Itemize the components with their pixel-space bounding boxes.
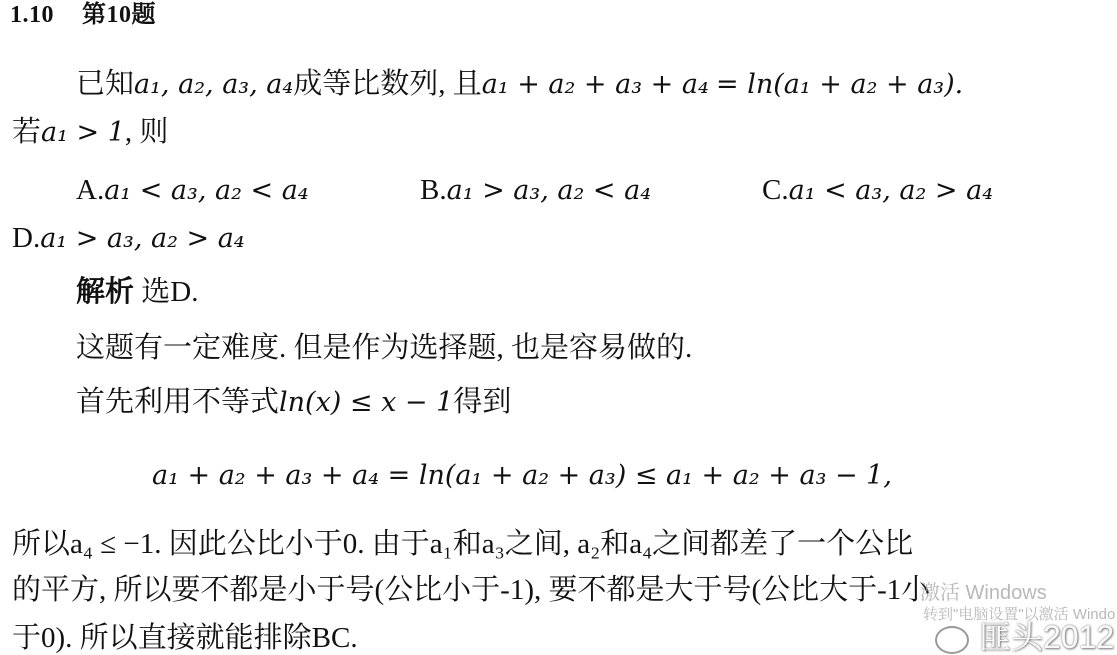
weibo-watermark: 匪头2012 xyxy=(935,612,1114,655)
solution-para3-line2: 的平方, 所以要不都是小于号(公比小于-1), 要不都是大于号(公比大于-1小 xyxy=(12,576,930,605)
text: 成等比数列, 且 xyxy=(293,68,482,100)
solution-answer: 选D. xyxy=(141,276,198,308)
section-heading: 1.10第10题 xyxy=(10,0,156,29)
text: 若 xyxy=(12,116,41,148)
math-lhs: a₁ + a₂ + a₃ + a₄ xyxy=(482,69,709,100)
math-sequence: a₁, a₂, a₃, a₄ xyxy=(134,69,293,100)
text: 首先利用不等式 xyxy=(76,386,279,418)
option-label: B. xyxy=(420,174,447,206)
option-text: a₁ > a₃, a₂ < a₄ xyxy=(447,175,651,206)
math-inequality: ln(x) ≤ x − 1 xyxy=(279,387,453,418)
text: 得到 xyxy=(453,386,511,418)
solution-para3-line3: 于0). 所以直接就能排除BC. xyxy=(12,624,358,653)
solution-heading: 解析 xyxy=(76,276,134,308)
weibo-logo-icon xyxy=(935,626,969,654)
option-text: a₁ < a₃, a₂ < a₄ xyxy=(104,175,308,206)
weibo-handle: 匪头2012 xyxy=(979,619,1114,655)
option-c: C.a₁ < a₃, a₂ > a₄ xyxy=(762,176,993,205)
option-label: C. xyxy=(762,174,789,206)
math-rhs: = ln(a₁ + a₂ + a₃). xyxy=(716,69,963,100)
option-text: a₁ < a₃, a₂ > a₄ xyxy=(789,175,993,206)
option-label: A. xyxy=(76,174,104,206)
text: , 则 xyxy=(125,116,169,148)
problem-statement-line1: 已知a₁, a₂, a₃, a₄成等比数列, 且a₁ + a₂ + a₃ + a… xyxy=(76,70,963,99)
solution-heading-line: 解析 选D. xyxy=(76,278,198,307)
section-title: 第10题 xyxy=(82,2,156,28)
windows-activation-watermark: 激活 Windows xyxy=(920,576,1047,605)
math-condition: a₁ > 1 xyxy=(41,117,125,148)
problem-statement-line2: 若a₁ > 1, 则 xyxy=(12,118,168,147)
text: 已知 xyxy=(76,68,134,100)
option-label: D. xyxy=(12,222,40,254)
option-d: D.a₁ > a₃, a₂ > a₄ xyxy=(12,224,245,253)
solution-para1: 这题有一定难度. 但是作为选择题, 也是容易做的. xyxy=(76,334,692,363)
option-a: A.a₁ < a₃, a₂ < a₄ xyxy=(76,176,309,205)
solution-para2: 首先利用不等式ln(x) ≤ x − 1得到 xyxy=(76,388,511,417)
section-number: 1.10 xyxy=(10,2,54,28)
option-b: B.a₁ > a₃, a₂ < a₄ xyxy=(420,176,651,205)
display-equation: a₁ + a₂ + a₃ + a₄ = ln(a₁ + a₂ + a₃) ≤ a… xyxy=(152,462,892,489)
option-text: a₁ > a₃, a₂ > a₄ xyxy=(40,223,244,254)
solution-para3-line1: 所以a₄ ≤ −1. 因此公比小于0. 由于a₁和a₃之间, a₂和a₄之间都差… xyxy=(12,530,913,559)
